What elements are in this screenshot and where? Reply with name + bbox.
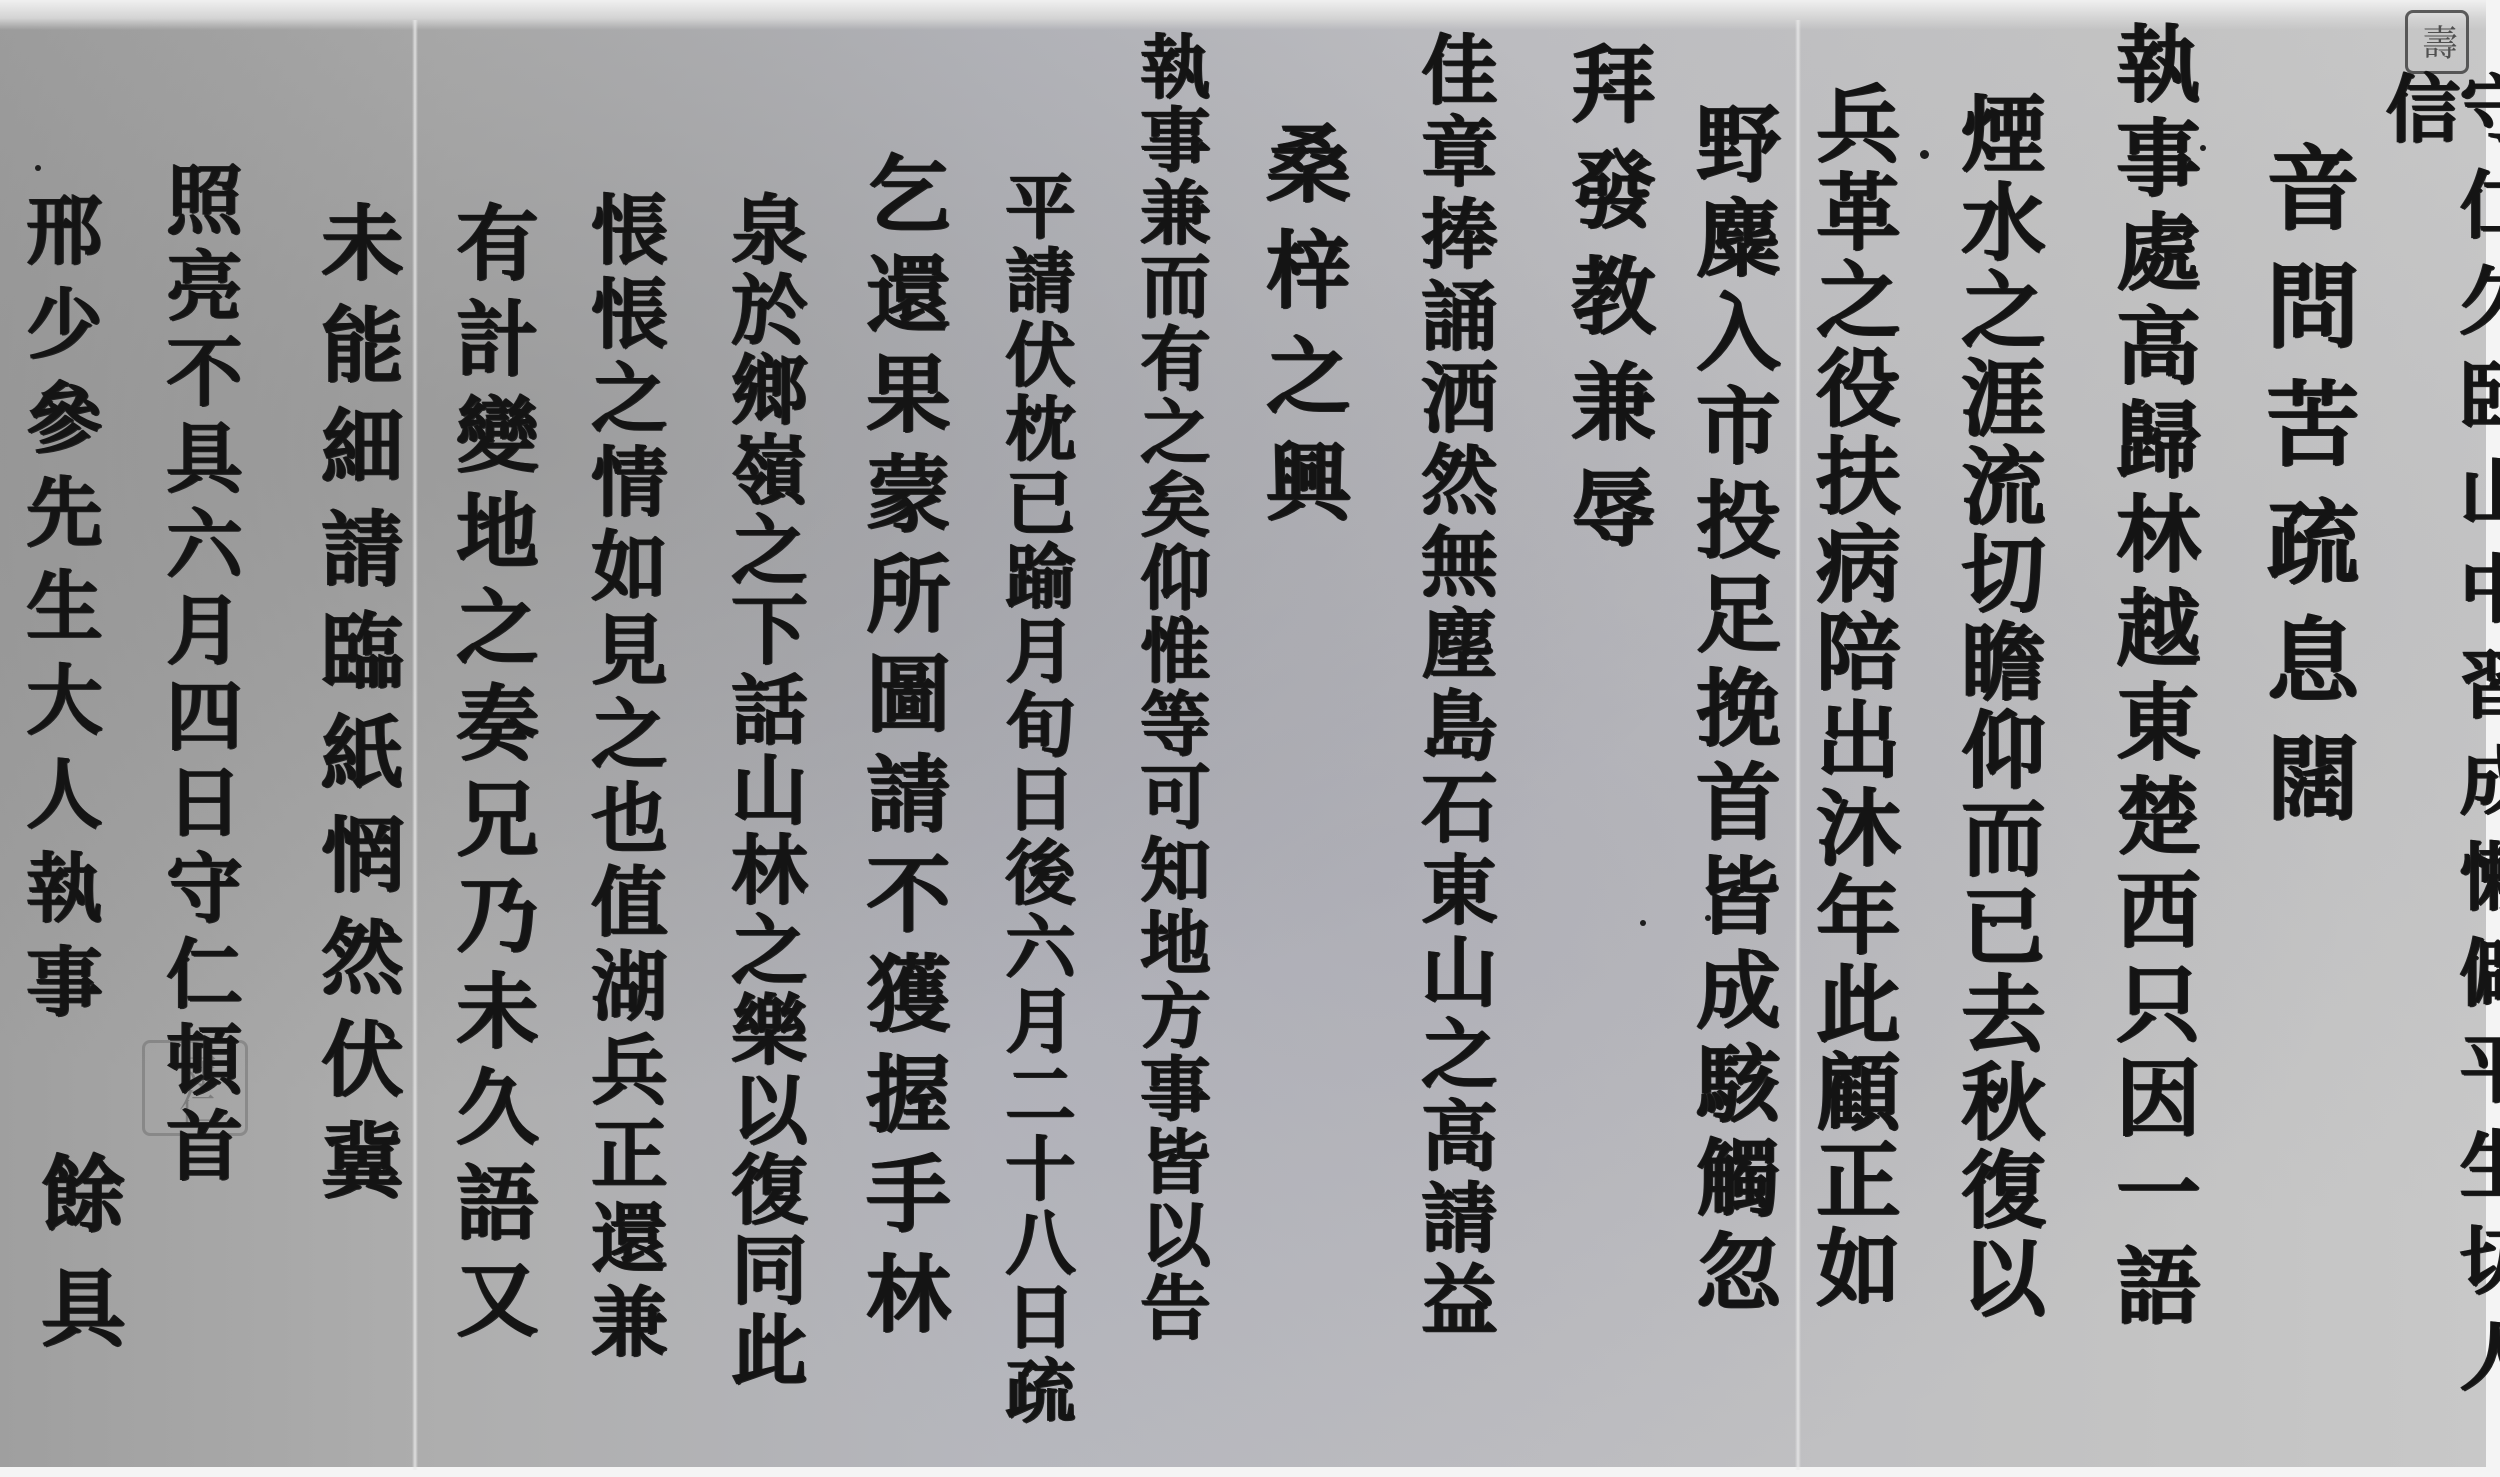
text-column-2: 音問苦疏息闊 [2260,140,2352,848]
paper-bottom-edge [0,1467,2500,1477]
text-column-18: 邢少參先生大人執事 [20,190,96,1036]
paper-seam [1795,20,1801,1470]
text-column-1: 守仁久卧山中習成懶僻平生切人信 [2380,70,2500,1477]
ink-speck [1920,150,1929,159]
text-column-10: 執事兼而有之矣仰惟等可知地方事皆以告 [1135,30,1205,1344]
text-column-12: 乞還果蒙所圖請不獲握手林 [860,150,944,1350]
text-column-7: 拜發教兼辱 [1565,40,1649,570]
calligraphy-scroll: 壽 守仁 守仁久卧山中習成懶僻平生切人信 音問苦疏息闊 執事處高歸林越東楚西只因… [0,0,2500,1477]
text-column-13: 泉於鄉嶺之下話山林之樂以復同此 [725,190,801,1390]
text-column-11: 平請伏枕已踰月旬日後六月二十八日疏 [1000,170,1070,1428]
ink-speck [1990,920,1997,927]
text-column-4: 煙水之涯流切瞻仰而已去秋復以 [1955,90,2039,1322]
text-column-9: 桑梓之興 [1260,120,1344,544]
text-column-8: 佳章捧誦洒然無塵島石東山之高請益 [1415,30,1491,1342]
collector-seal-top-right: 壽 [2405,10,2469,74]
ink-speck [35,165,41,171]
text-column-6: 野麋入市投足挽首皆成駭觸忽 [1690,100,1774,1322]
text-column-19: 餘具 [35,1150,119,1378]
text-column-5: 兵革之役扶病陪出沐年此顧正如 [1810,80,1894,1312]
text-column-15: 有計變地之奏兄乃未久語又 [450,200,532,1352]
ink-speck [2200,145,2206,151]
ink-speck [1705,915,1711,921]
text-column-3: 執事處高歸林越東楚西只因一語 [2110,20,2194,1336]
ink-speck [1640,920,1646,926]
text-column-16: 未能細請臨紙惘然伏冀 [315,200,397,1220]
text-column-17: 照亮不具六月四日守仁頓首 [160,160,236,1192]
text-column-14: 悵悵之情如見之也值湖兵正還兼 [585,190,661,1366]
paper-seam [412,20,418,1470]
